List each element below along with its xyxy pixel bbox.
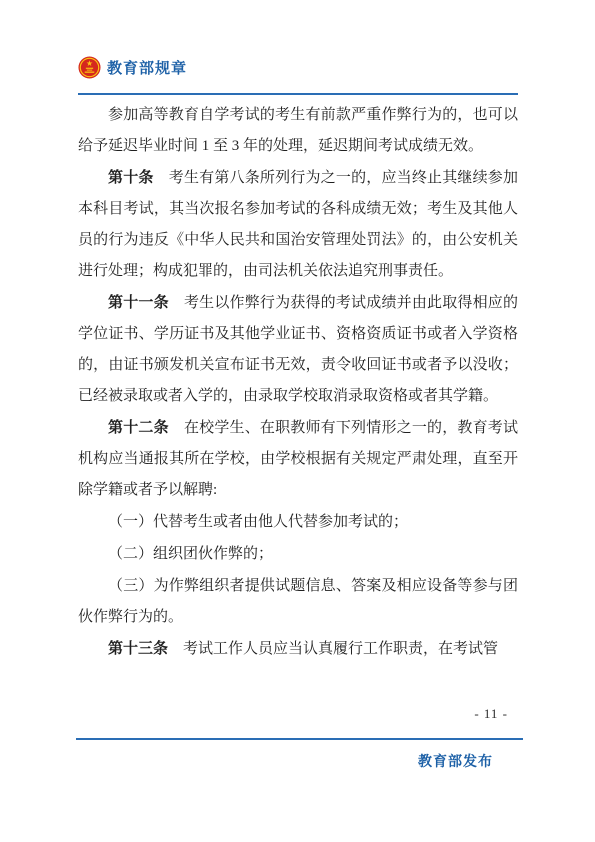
header-title: 教育部规章 xyxy=(107,57,187,78)
paragraph-text: （二）组织团伙作弊的； xyxy=(108,546,273,562)
body-paragraph: 参加高等教育自学考试的考生有前款严重作弊行为的，也可以给予延迟毕业时间 1 至 … xyxy=(78,99,518,162)
china-national-emblem-icon xyxy=(78,56,101,79)
list-item: （二）组织团伙作弊的； xyxy=(78,538,518,570)
page-header: 教育部规章 xyxy=(78,56,187,79)
article-number: 第十二条 xyxy=(108,419,169,436)
paragraph-text: 考生以作弊行为获得的考试成绩并由此取得相应的学位证书、学历证书及其他学业证书、资… xyxy=(78,295,518,404)
body-paragraph: 第十一条 考生以作弊行为获得的考试成绩并由此取得相应的学位证书、学历证书及其他学… xyxy=(78,287,518,412)
publisher-label: 教育部发布 xyxy=(418,751,493,771)
body-paragraph: 第十条 考生有第八条所列行为之一的，应当终止其继续参加本科目考试，其当次报名参加… xyxy=(78,162,518,287)
header-divider xyxy=(78,93,518,95)
article-number: 第十一条 xyxy=(108,294,169,311)
document-body: 参加高等教育自学考试的考生有前款严重作弊行为的，也可以给予延迟毕业时间 1 至 … xyxy=(78,99,518,665)
list-item: （一）代替考生或者由他人代替参加考试的； xyxy=(78,506,518,538)
document-page: 教育部规章 参加高等教育自学考试的考生有前款严重作弊行为的，也可以给予延迟毕业时… xyxy=(0,0,595,842)
list-item: （三）为作弊组织者提供试题信息、答案及相应设备等参与团伙作弊行为的。 xyxy=(78,570,518,633)
article-number: 第十三条 xyxy=(108,640,168,657)
paragraph-text: 参加高等教育自学考试的考生有前款严重作弊行为的，也可以给予延迟毕业时间 1 至 … xyxy=(78,107,518,154)
paragraph-text: （一）代替考生或者由他人代替参加考试的； xyxy=(108,514,408,530)
body-paragraph: 第十三条 考试工作人员应当认真履行工作职责，在考试管 xyxy=(78,633,518,665)
body-paragraph: 第十二条 在校学生、在职教师有下列情形之一的，教育考试机构应当通报其所在学校，由… xyxy=(78,412,518,506)
footer-divider xyxy=(76,738,523,740)
paragraph-text: 考试工作人员应当认真履行工作职责，在考试管 xyxy=(168,641,498,657)
page-number: - 11 - xyxy=(474,706,508,722)
paragraph-text: （三）为作弊组织者提供试题信息、答案及相应设备等参与团伙作弊行为的。 xyxy=(78,578,518,625)
paragraph-text: 考生有第八条所列行为之一的，应当终止其继续参加本科目考试，其当次报名参加考试的各… xyxy=(78,170,518,279)
article-number: 第十条 xyxy=(108,169,154,186)
